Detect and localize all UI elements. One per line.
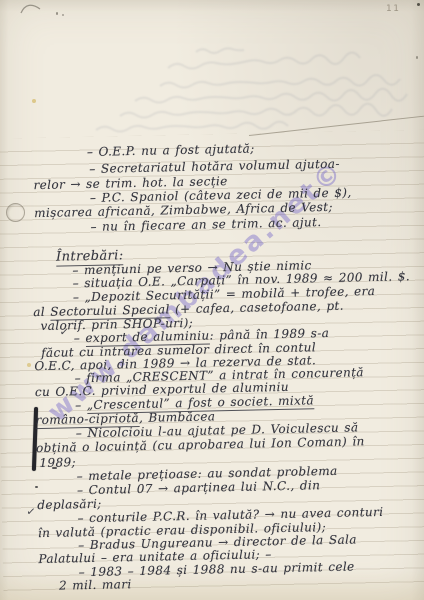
handwritten-line: – O.E.P. nu a fost ajutată;	[87, 141, 255, 159]
check-mark: ✓	[26, 505, 37, 519]
handwritten-line: 1989;	[39, 455, 76, 470]
handwritten-line: – Secretariatul hotăra volumul ajutoa-	[89, 157, 340, 176]
handwritten-line: 2 mil. mari	[59, 577, 132, 593]
scanned-notebook-page: 11 www.dambadea.net© ✓ ✓ – O.E.P. nu a f…	[0, 0, 424, 600]
handwriting-layer: ✓ ✓ – O.E.P. nu a fost ajutată; – Secret…	[0, 0, 424, 600]
handwritten-line: deplasări;	[37, 497, 102, 512]
